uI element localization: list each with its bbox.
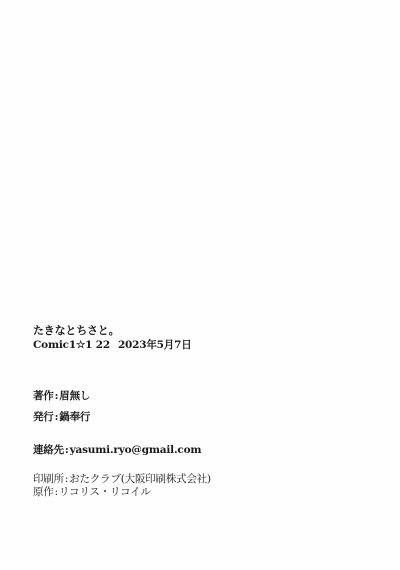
colophon-page: たきなとちさと。 Comic1☆1 222023年5月7日 著作:眉無し 発行:… xyxy=(0,0,400,570)
publisher-label: 発行 xyxy=(33,411,54,423)
book-title: たきなとちさと。 xyxy=(33,325,119,337)
event-name: Comic1☆1 22 xyxy=(33,339,110,351)
author-line: 著作:眉無し xyxy=(33,390,90,402)
contact-label: 連絡先 xyxy=(33,444,64,456)
release-date: 2023年5月7日 xyxy=(118,339,192,351)
original-work-label: 原作 xyxy=(33,486,54,498)
publisher-name: 鍋奉行 xyxy=(59,411,90,423)
original-work-title: リコリス・リコイル xyxy=(59,486,151,498)
separator: : xyxy=(65,473,68,485)
publisher-line: 発行:鍋奉行 xyxy=(33,411,90,423)
separator: : xyxy=(55,390,59,402)
printer-line: 印刷所:おたクラブ(大阪印刷株式会社) xyxy=(33,473,211,485)
separator: : xyxy=(55,486,58,498)
contact-email: yasumi.ryo@gmail.com xyxy=(70,444,202,456)
printer-name: おたクラブ(大阪印刷株式会社) xyxy=(69,473,211,485)
separator: : xyxy=(65,444,69,456)
contact-line: 連絡先:yasumi.ryo@gmail.com xyxy=(33,444,201,456)
author-name: 眉無し xyxy=(59,390,90,402)
event-line: Comic1☆1 222023年5月7日 xyxy=(33,339,192,351)
author-label: 著作 xyxy=(33,390,54,402)
separator: : xyxy=(55,411,59,423)
printer-label: 印刷所 xyxy=(33,473,64,485)
book-title-text: たきなとちさと。 xyxy=(33,324,119,337)
original-work-line: 原作:リコリス・リコイル xyxy=(33,486,151,498)
